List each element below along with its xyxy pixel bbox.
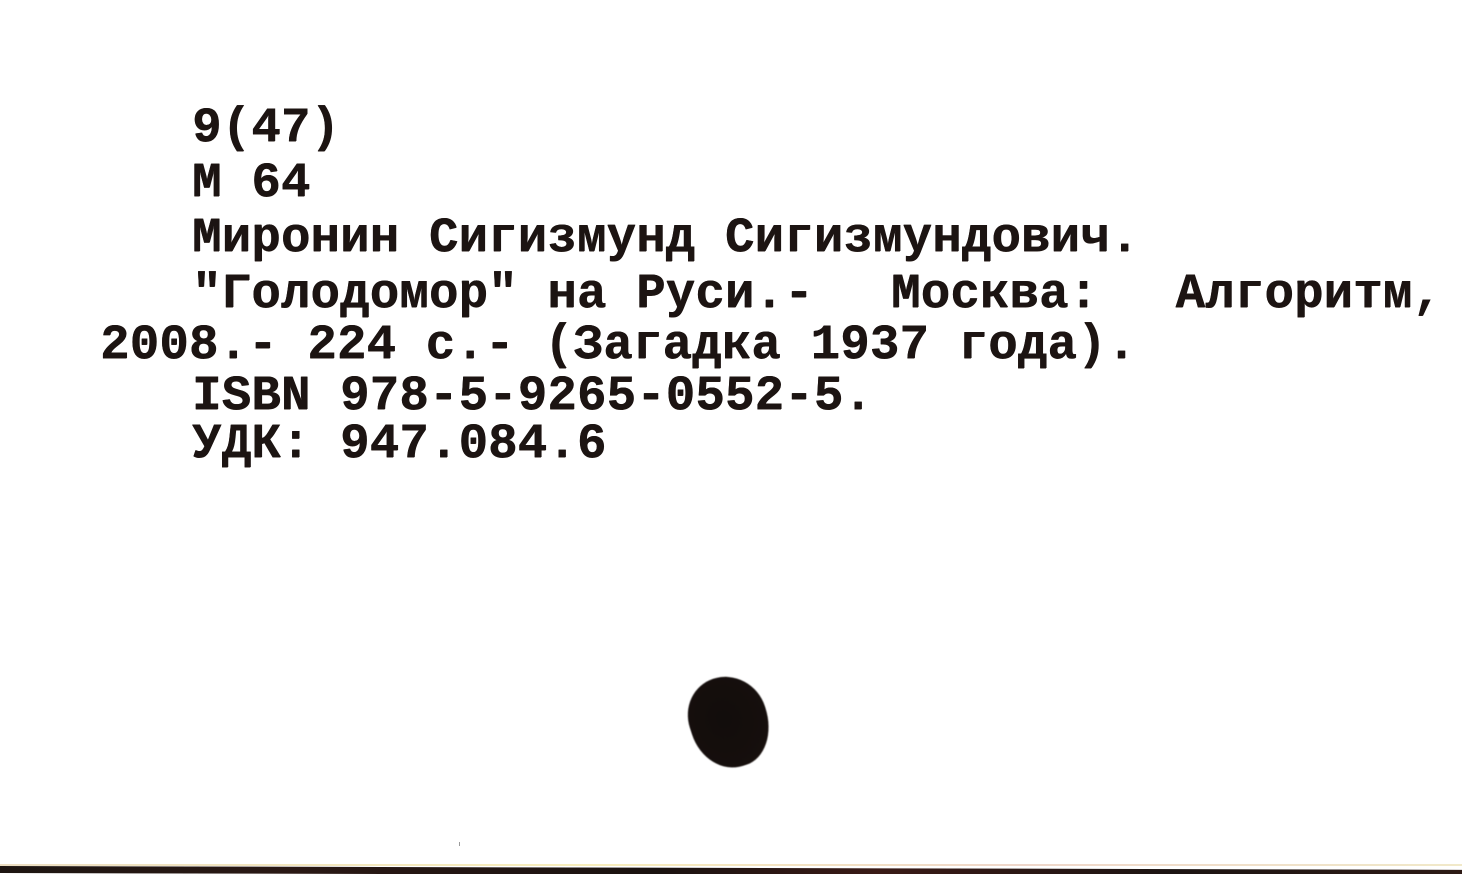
author-name: Миронин Сигизмунд Сигизмундович. [192,214,1139,263]
author-mark: М 64 [192,159,310,208]
book-title: "Голодомор" на Руси.- [192,270,814,319]
title-line: "Голодомор" на Руси.- Москва: Алгоритм, [192,270,1442,319]
punch-hole-mark [678,666,781,778]
publisher: Алгоритм, [1176,270,1442,319]
paper-speck [459,842,460,846]
classification-code: 9(47) [192,104,340,153]
udc-code: УДК: 947.084.6 [192,420,606,469]
scan-background [0,874,1462,896]
imprint-line: 2008.- 224 с.- (Загадка 1937 года). [100,321,1136,370]
isbn: ISBN 978-5-9265-0552-5. [192,372,873,421]
publication-place: Москва: [891,270,1098,319]
catalog-card: 9(47) М 64 Миронин Сигизмунд Сигизмундов… [0,0,1462,870]
